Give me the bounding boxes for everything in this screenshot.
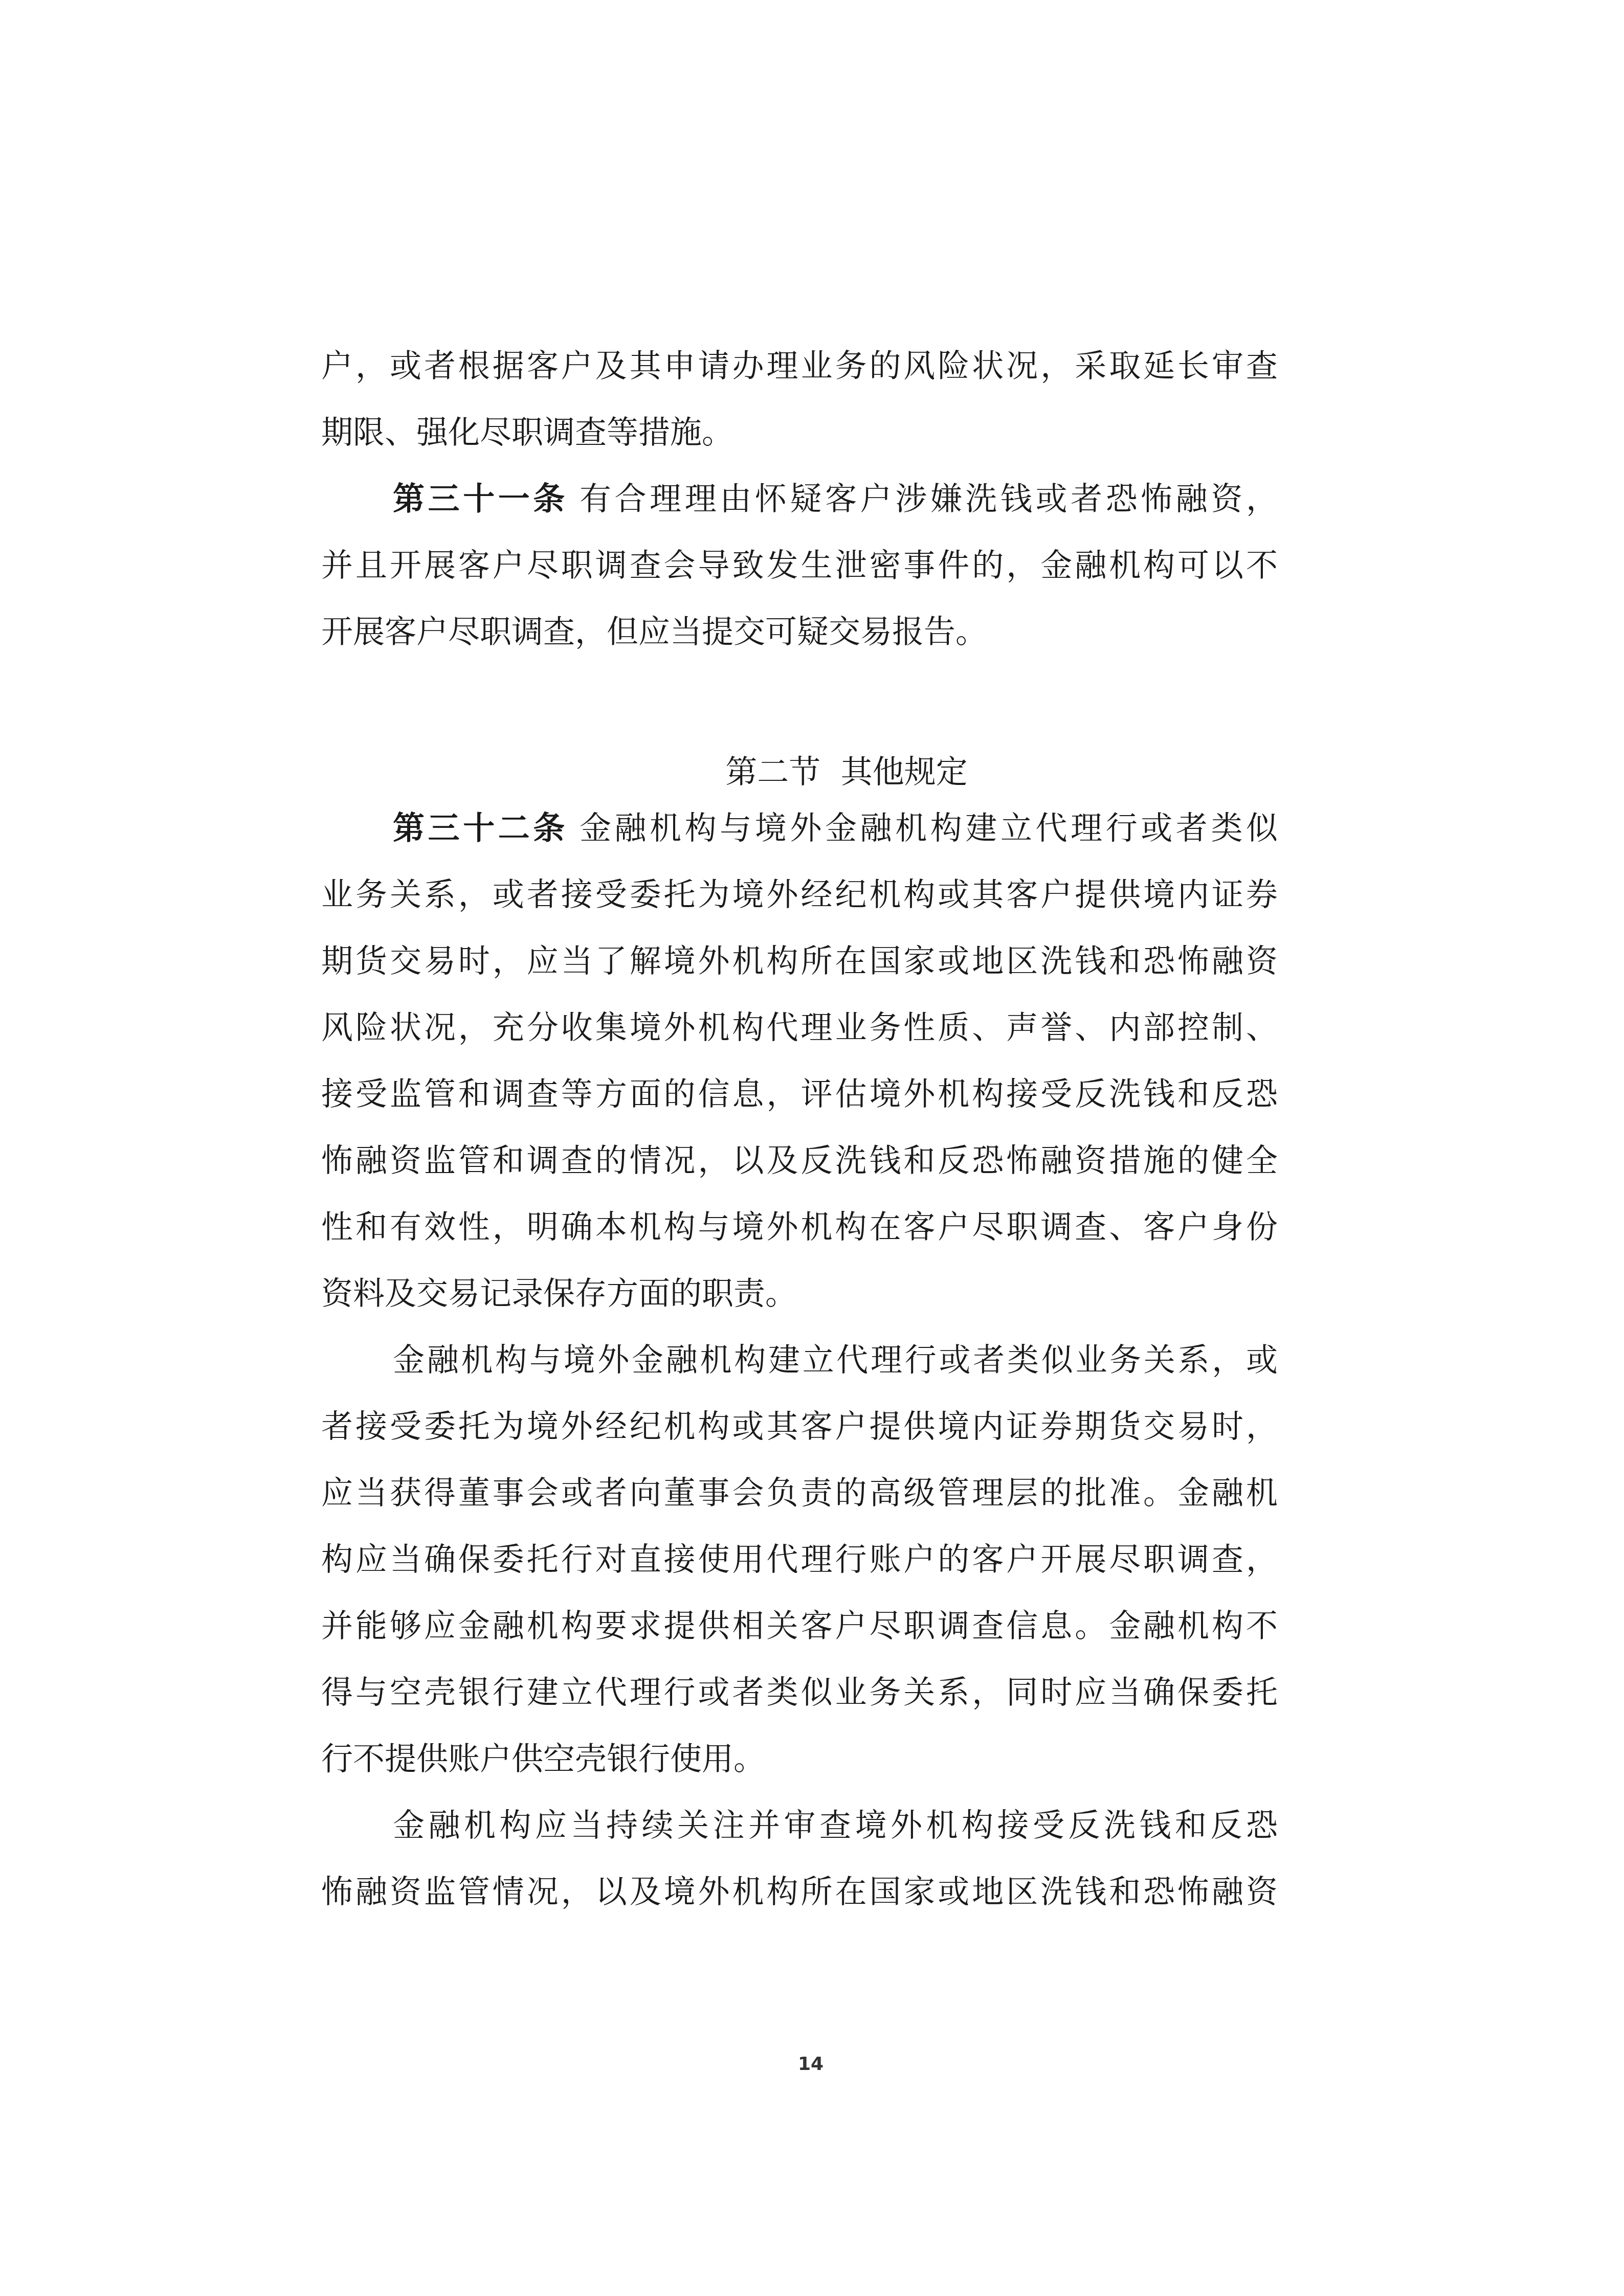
article-31-first-line: 第三十一条有合理理由怀疑客户涉嫌洗钱或者恐怖融资， bbox=[393, 479, 1278, 545]
article-32-first-line: 第三十二条金融机构与境外金融机构建立代理行或者类似 bbox=[393, 808, 1278, 874]
body-text-line: 户，或者根据客户及其申请办理业务的风险状况，采取延长审查 bbox=[321, 346, 1278, 412]
body-text-line: 性和有效性，明确本机构与境外机构在客户尽职调查、客户身份 bbox=[321, 1207, 1278, 1273]
body-text-line: 接受监管和调查等方面的信息，评估境外机构接受反洗钱和反恐 bbox=[321, 1074, 1278, 1140]
body-text-line: 应当获得董事会或者向董事会负责的高级管理层的批准。金融机 bbox=[321, 1473, 1278, 1539]
body-text-line: 资料及交易记录保存方面的职责。 bbox=[321, 1273, 1278, 1340]
section-heading: 第二节 其他规定 bbox=[718, 749, 975, 795]
body-text-line: 风险状况，充分收集境外机构代理业务性质、声誉、内部控制、 bbox=[321, 1007, 1278, 1074]
body-text-line: 怖融资监管和调查的情况，以及反洗钱和反恐怖融资措施的健全 bbox=[321, 1140, 1278, 1207]
article-31-label: 第三十一条 bbox=[393, 480, 568, 517]
body-text-line: 金融机构应当持续关注并审查境外机构接受反洗钱和反恐 bbox=[393, 1805, 1278, 1872]
body-text-line: 并且开展客户尽职调查会导致发生泄密事件的，金融机构可以不 bbox=[321, 545, 1278, 612]
article-31-text: 有合理理由怀疑客户涉嫌洗钱或者恐怖融资， bbox=[580, 480, 1278, 517]
body-text-line: 者接受委托为境外经纪机构或其客户提供境内证券期货交易时， bbox=[321, 1406, 1278, 1473]
body-text-line: 行不提供账户供空壳银行使用。 bbox=[321, 1739, 1278, 1805]
body-text-line: 期限、强化尽职调查等措施。 bbox=[321, 412, 1278, 479]
body-text-line: 构应当确保委托行对直接使用代理行账户的客户开展尽职调查， bbox=[321, 1539, 1278, 1606]
body-text-line: 业务关系，或者接受委托为境外经纪机构或其客户提供境内证券 bbox=[321, 874, 1278, 941]
body-text-line: 开展客户尽职调查，但应当提交可疑交易报告。 bbox=[321, 612, 1278, 678]
article-32-label: 第三十二条 bbox=[393, 809, 568, 847]
document-page: 户，或者根据客户及其申请办理业务的风险状况，采取延长审查 期限、强化尽职调查等措… bbox=[0, 0, 1624, 2296]
body-text-line: 金融机构与境外金融机构建立代理行或者类似业务关系，或 bbox=[393, 1340, 1278, 1406]
body-text-line: 期货交易时，应当了解境外机构所在国家或地区洗钱和恐怖融资 bbox=[321, 941, 1278, 1007]
page-number: 14 bbox=[793, 2052, 829, 2077]
body-text-line: 并能够应金融机构要求提供相关客户尽职调查信息。金融机构不 bbox=[321, 1606, 1278, 1672]
article-32-text: 金融机构与境外金融机构建立代理行或者类似 bbox=[580, 809, 1278, 847]
body-text-line: 怖融资监管情况，以及境外机构所在国家或地区洗钱和恐怖融资 bbox=[321, 1872, 1278, 1938]
body-text-line: 得与空壳银行建立代理行或者类似业务关系，同时应当确保委托 bbox=[321, 1672, 1278, 1739]
